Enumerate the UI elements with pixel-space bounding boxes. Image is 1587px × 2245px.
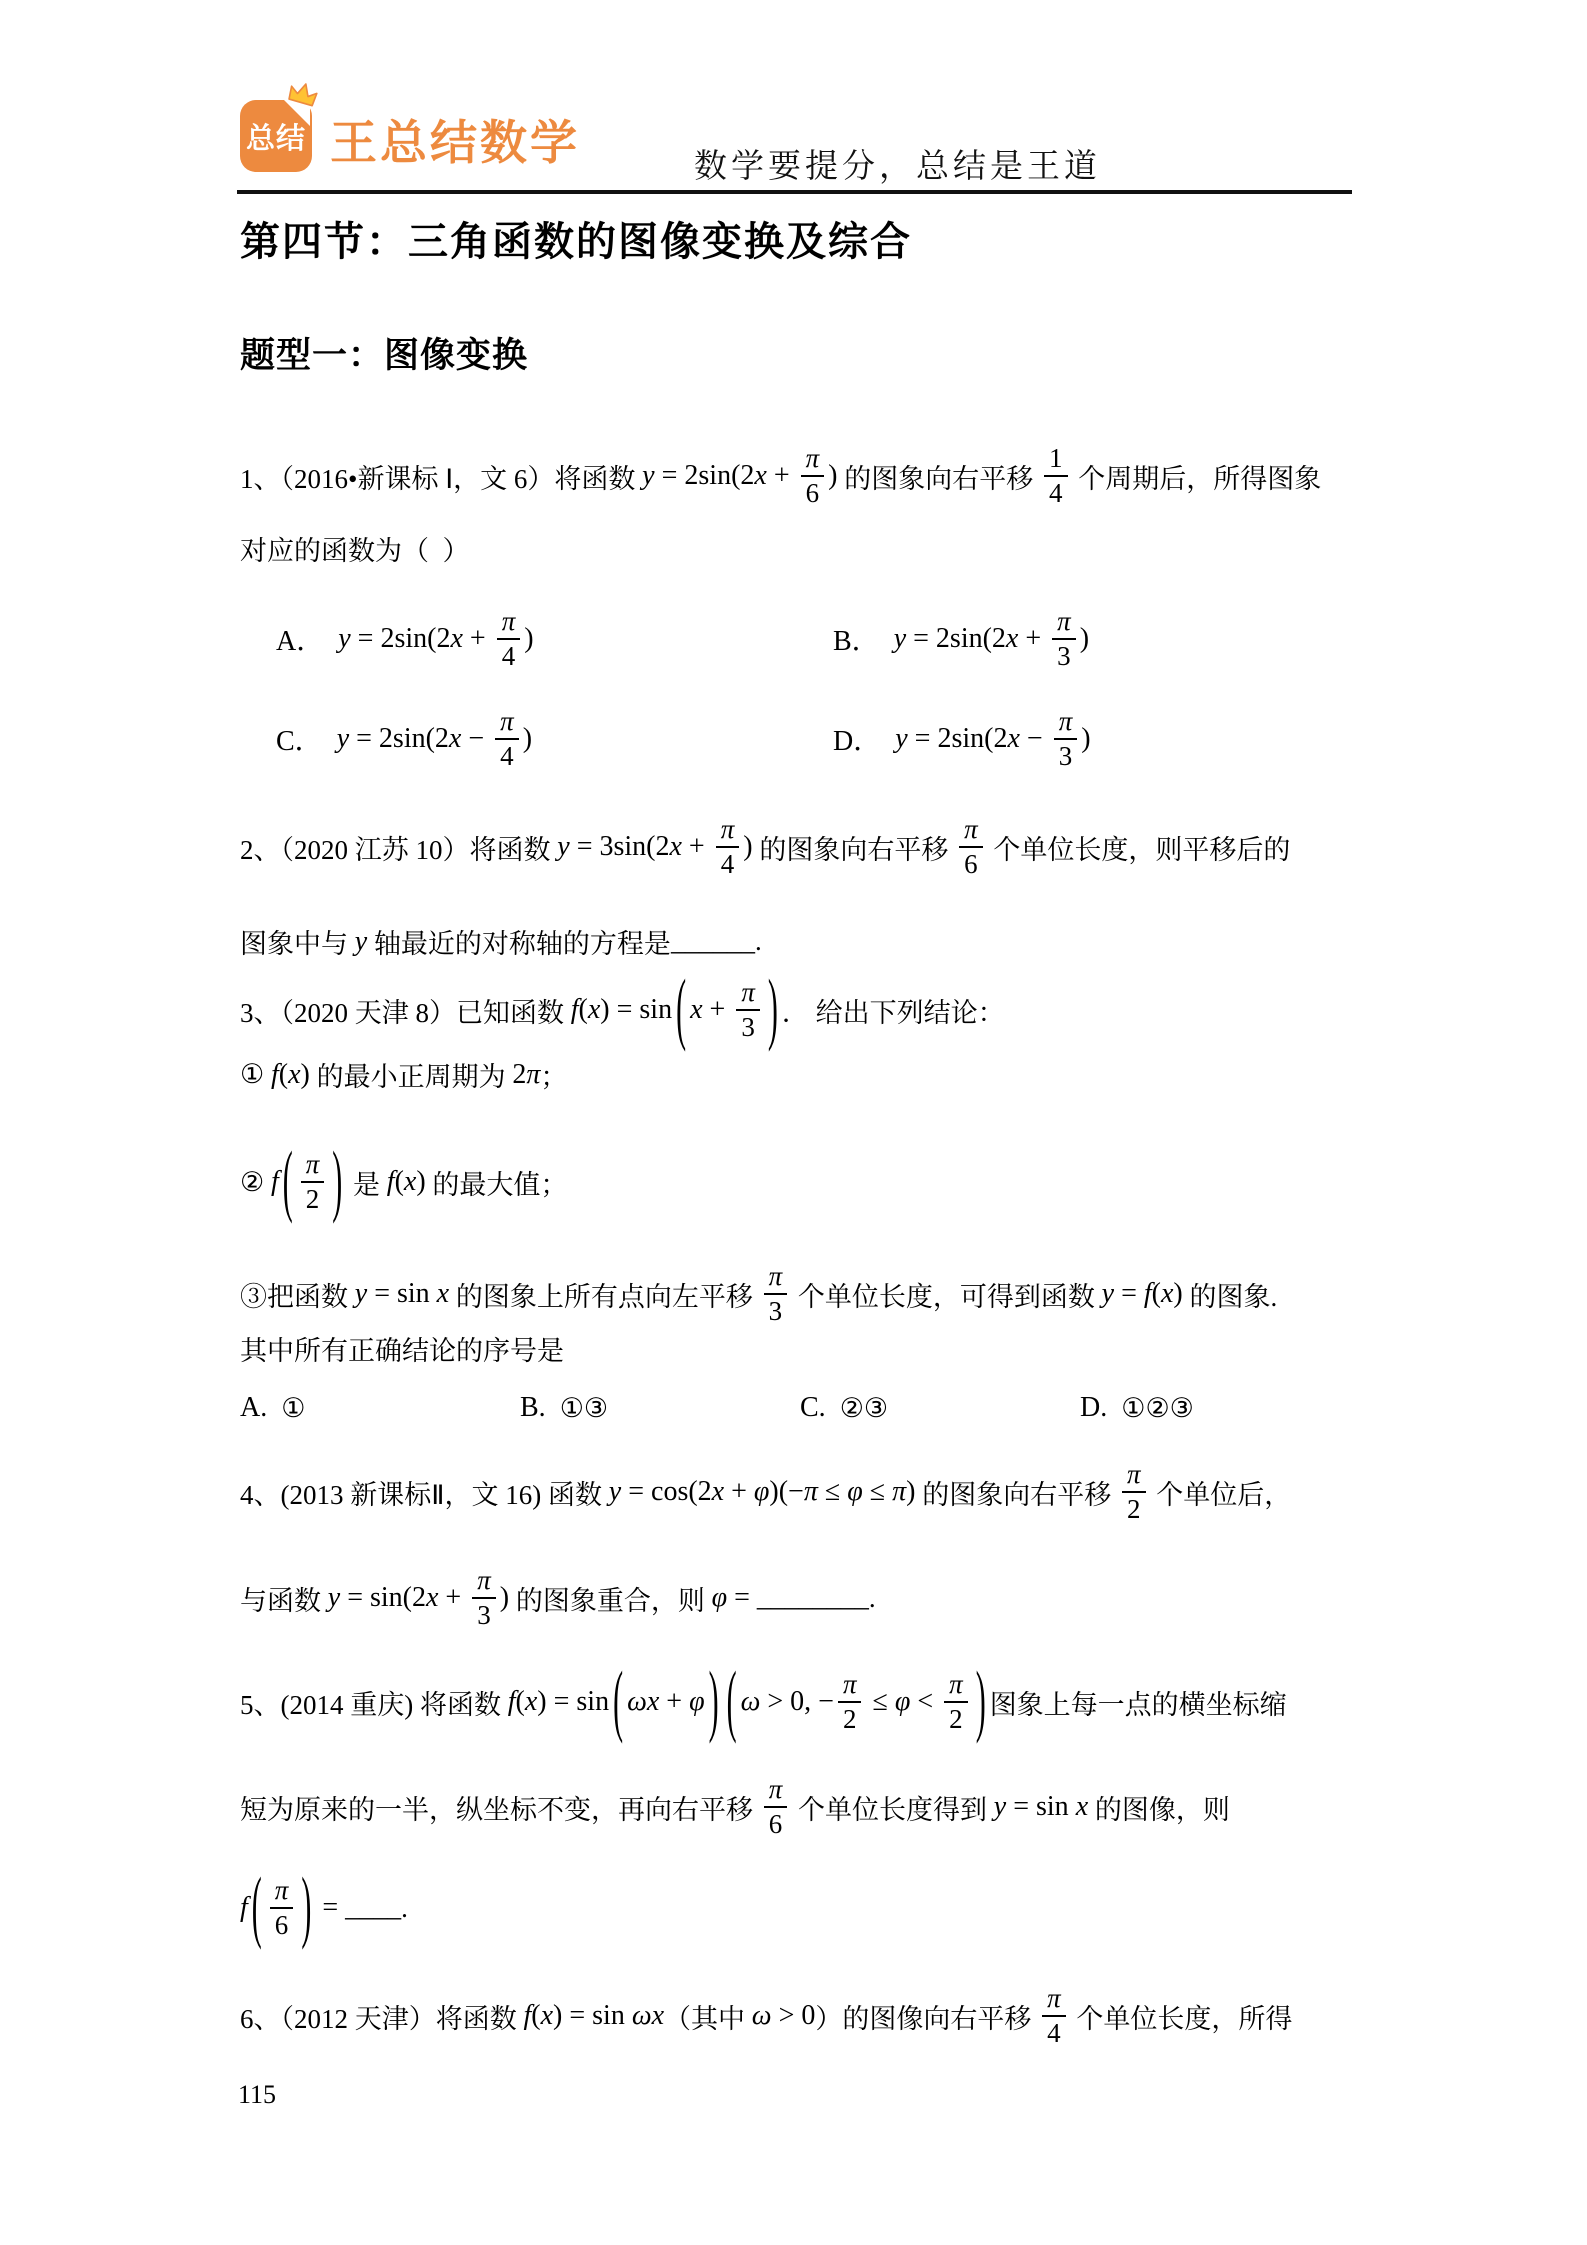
- page-title: 第四节：三角函数的图像变换及综合: [240, 210, 912, 267]
- page-number: 115: [238, 2080, 276, 2110]
- problem-4-line-1: 4、(2013 新课标Ⅱ，文 16) 函数 y = cos(2x + φ)(−π…: [240, 1459, 1291, 1525]
- problem-3-statement-3: ③把函数 y = sin x 的图象上所有点向左平移 π3 个单位长度，可得到函…: [240, 1261, 1277, 1327]
- problem-3-statement-1: ① f(x) 的最小正周期为 2π；: [240, 1055, 567, 1094]
- problem-3-line-1: 3、（2020 天津 8）已知函数 f(x) = sin(x + π3)． 给出…: [240, 977, 1005, 1043]
- problem-1-option-c: C． y = 2sin(2x − π4): [276, 706, 532, 772]
- problem-3-statement-2: ② f(π2) 是 f(x) 的最大值；: [240, 1149, 567, 1215]
- problem-1-option-d: D． y = 2sin(2x − π3): [833, 706, 1091, 772]
- document-page: 总结 王总结数学 数学要提分，总结是王道 第四节：三角函数的图像变换及综合 题型…: [0, 0, 1587, 2245]
- problem-2-line-2: 图象中与 y 轴最近的对称轴的方程是______.: [240, 922, 762, 961]
- header-divider: [237, 190, 1352, 194]
- problem-3-question-line: 其中所有正确结论的序号是: [240, 1329, 564, 1368]
- problem-3-option-a: A. ①: [240, 1392, 305, 1424]
- problem-2-line-1: 2、（2020 江苏 10）将函数 y = 3sin(2x + π4) 的图象向…: [240, 814, 1290, 880]
- problem-6-line-1: 6、（2012 天津）将函数 f(x) = sin ωx（其中 ω > 0）的图…: [240, 1983, 1292, 2049]
- problem-5-line-1: 5、(2014 重庆) 将函数 f(x) = sin(ωx + φ)(ω > 0…: [240, 1669, 1287, 1735]
- problem-1-line-1: 1、（2016•新课标 Ⅰ，文 6）将函数 y = 2sin(2x + π6) …: [240, 443, 1321, 509]
- problem-3-option-b: B. ①③: [520, 1392, 608, 1424]
- problem-1-option-a: A． y = 2sin(2x + π4): [276, 606, 534, 672]
- brand-name: 王总结数学: [330, 106, 580, 173]
- problem-1-line-2: 对应的函数为（ ）: [240, 529, 470, 568]
- problem-3-option-d: D. ①②③: [1080, 1392, 1194, 1424]
- problem-4-line-2: 与函数 y = sin(2x + π3) 的图象重合，则 φ = _______…: [240, 1565, 876, 1631]
- problem-5-line-3: f(π6) = ____.: [240, 1875, 408, 1941]
- brand-tagline: 数学要提分，总结是王道: [694, 140, 1101, 187]
- problem-5-line-2: 短为原来的一半，纵坐标不变，再向右平移 π6 个单位长度得到 y = sin x…: [240, 1774, 1230, 1840]
- section-heading: 题型一：图像变换: [240, 328, 528, 378]
- problem-3-option-c: C. ②③: [800, 1392, 888, 1424]
- problem-1-option-b: B． y = 2sin(2x + π3): [833, 606, 1089, 672]
